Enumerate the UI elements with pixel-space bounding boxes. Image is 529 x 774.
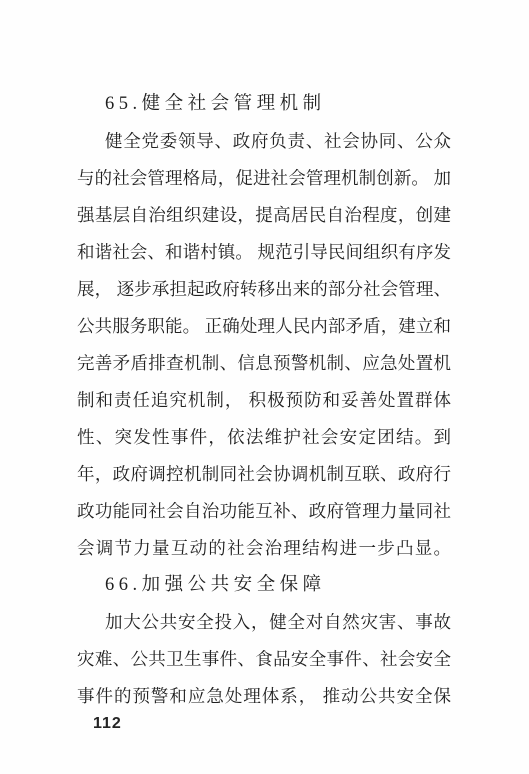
section-65-line-12: 会调节力量互动的社会治理结构进一步凸显。 [77,530,451,567]
section-66-line-1: 加大公共安全投入，健全对自然灾害、事故 [77,604,451,641]
section-65-line-4: 和谐社会、和谐村镇。 规范引导民间组织有序发 [77,234,451,271]
section-65-line-11: 政功能同社会自治功能互补、政府管理力量同社 [77,493,451,530]
section-65-heading: 65.健全社会管理机制 [77,86,451,123]
section-65-line-9: 性、突发性事件，依法维护社会安定团结。到 2015 [77,419,451,456]
page-number: 112 [93,712,122,736]
section-65-line-3: 强基层自治组织建设，提高居民自治程度，创建 [77,197,451,234]
section-65-line-7: 完善矛盾排查机制、信息预警机制、应急处置机 [77,345,451,382]
text-block: 65.健全社会管理机制 健全党委领导、政府负责、社会协同、公众参 与的社会管理格… [77,86,451,715]
section-65-line-2: 与的社会管理格局，促进社会管理机制创新。 加 [77,160,451,197]
section-66-line-3: 事件的预警和应急处理体系， 推动公共安全保 [77,678,451,715]
book-page: 65.健全社会管理机制 健全党委领导、政府负责、社会协同、公众参 与的社会管理格… [0,0,529,774]
section-65-line-8: 制和责任追究机制， 积极预防和妥善处置群体 [77,382,451,419]
section-65-line-1: 健全党委领导、政府负责、社会协同、公众参 [77,123,451,160]
section-66-heading: 66.加强公共安全保障 [77,567,451,604]
section-65-line-10: 年，政府调控机制同社会协调机制互联、政府行 [77,456,451,493]
section-65-line-6: 公共服务职能。 正确处理人民内部矛盾，建立和 [77,308,451,345]
section-66-line-2: 灾难、公共卫生事件、食品安全事件、社会安全 [77,641,451,678]
section-65-line-5: 展， 逐步承担起政府转移出来的部分社会管理、 [77,271,451,308]
